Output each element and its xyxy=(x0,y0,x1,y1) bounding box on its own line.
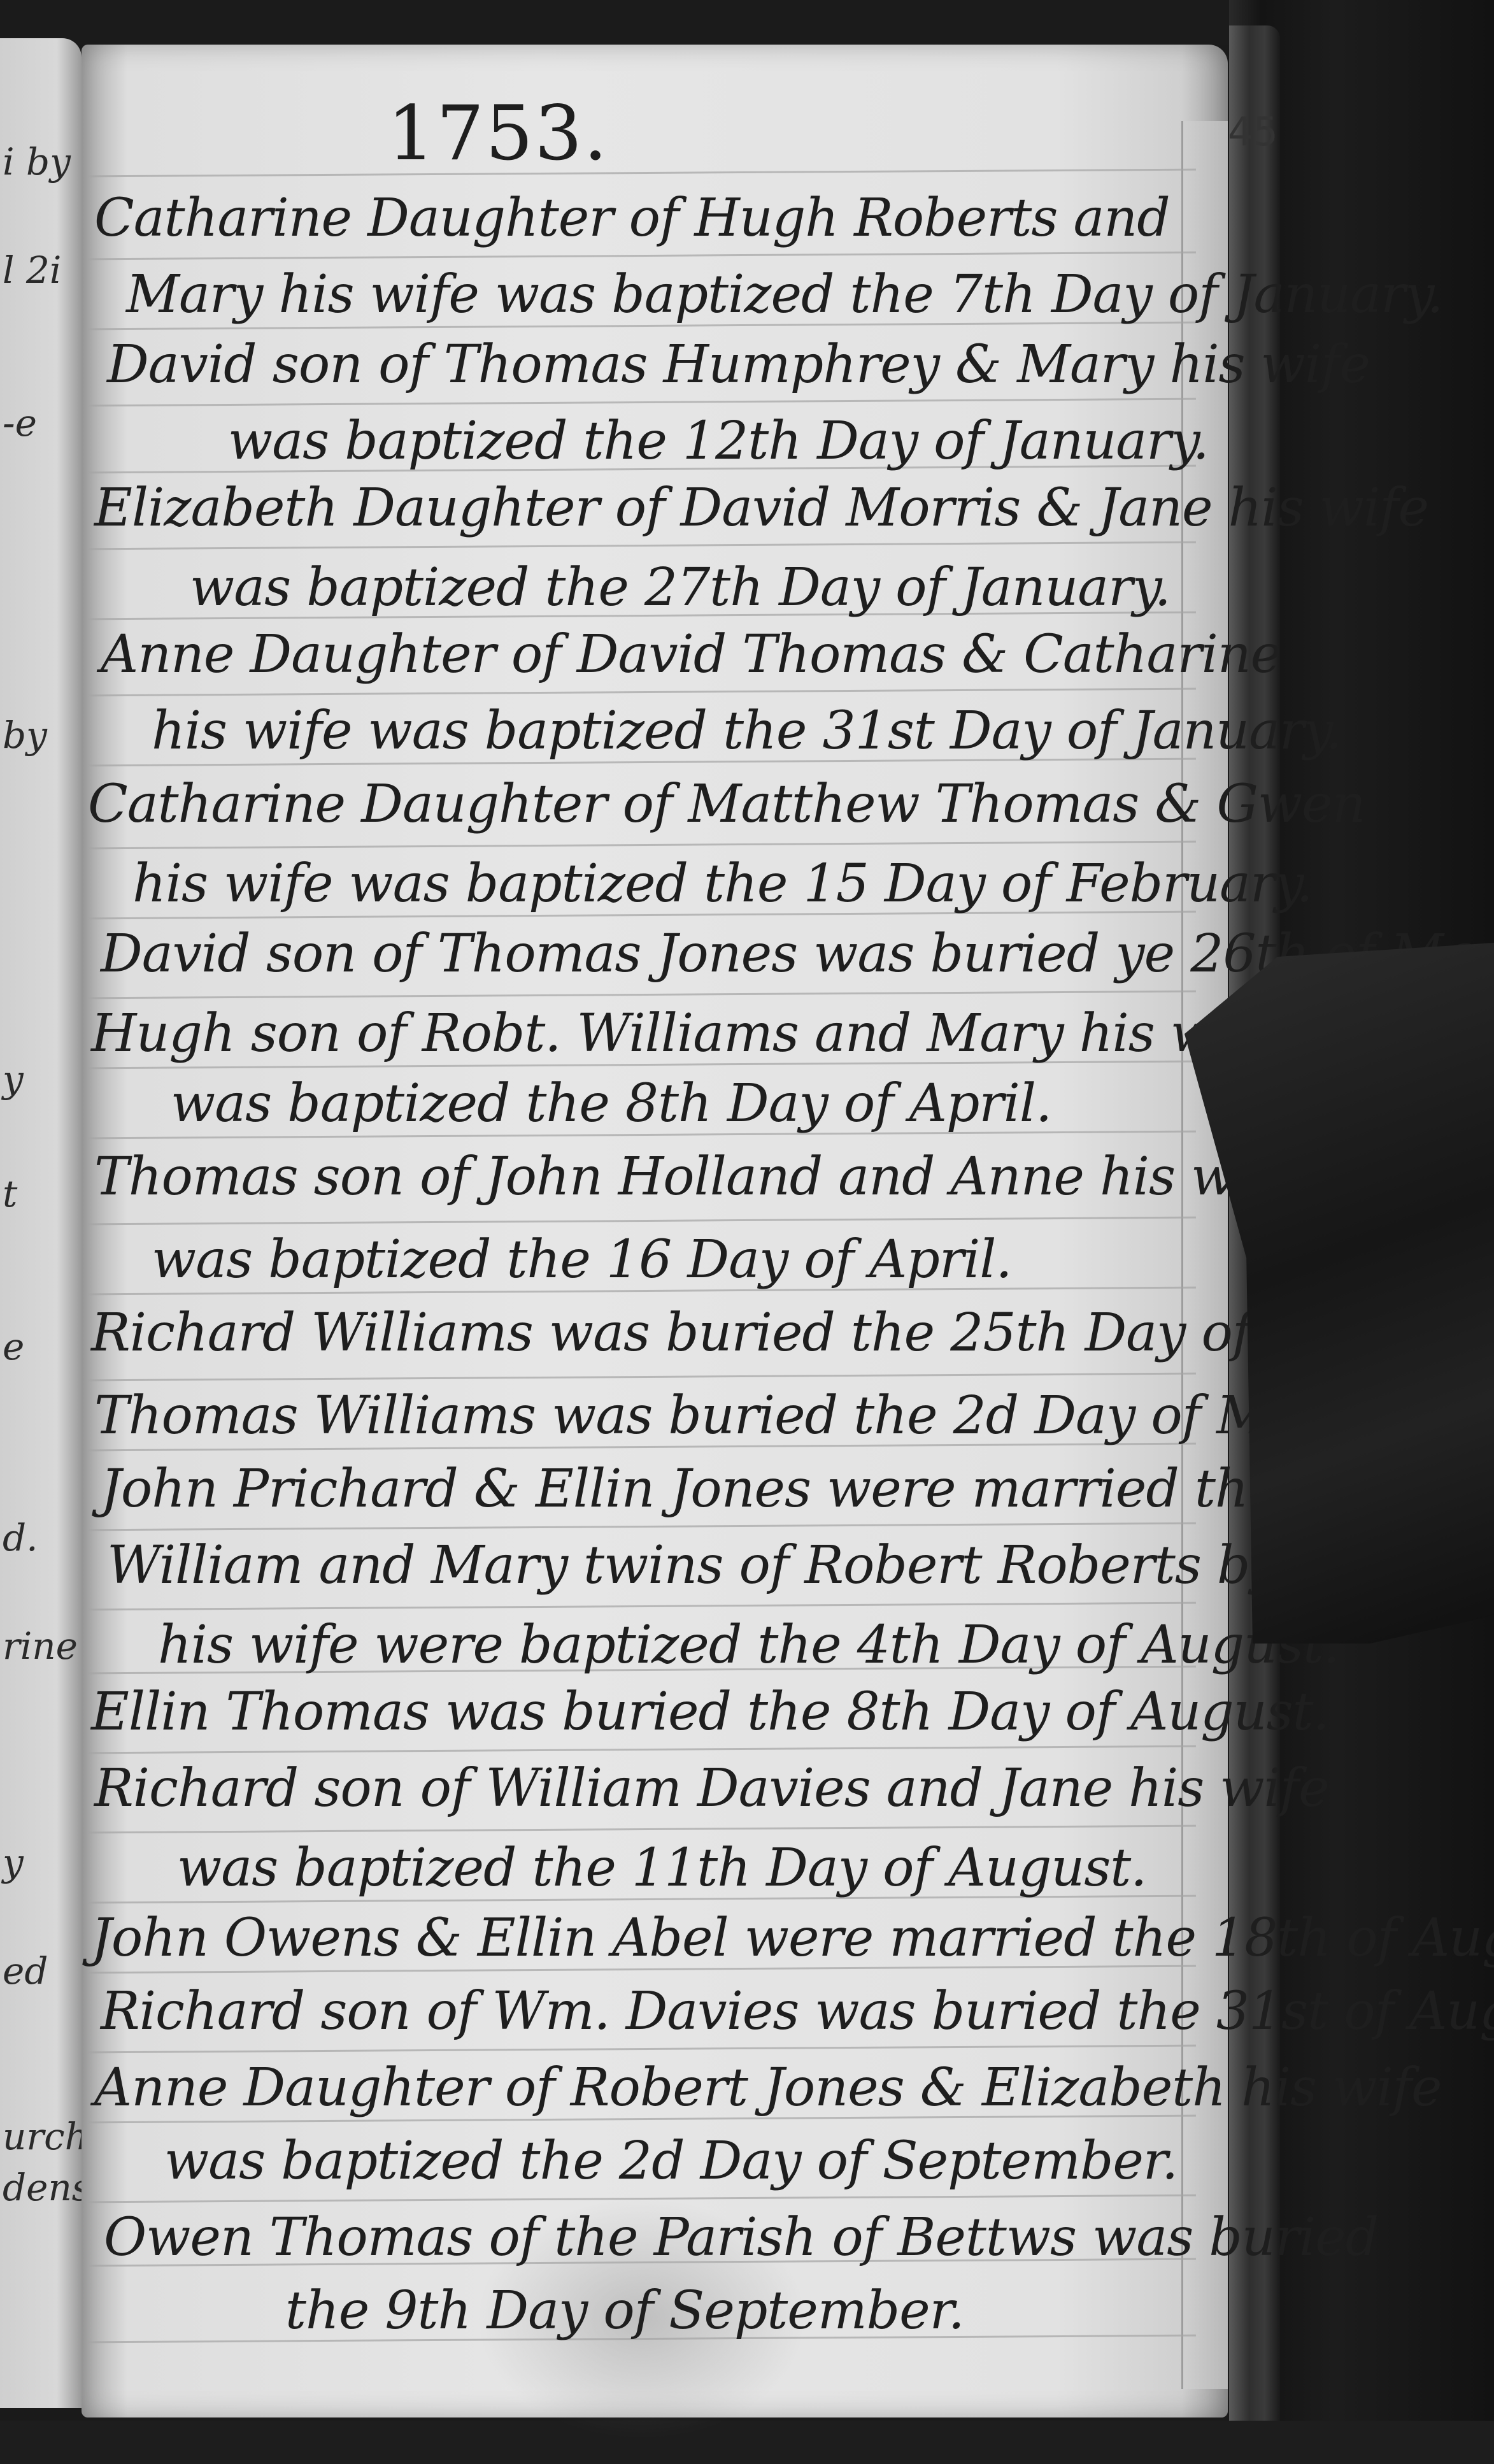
register-line: his wife was baptized the 31st Day of Ja… xyxy=(152,701,1342,761)
register-line: the 9th Day of September. xyxy=(285,2281,964,2341)
left-page-fragment: l 2i xyxy=(3,248,61,292)
register-line: Elizabeth Daughter of David Morris & Jan… xyxy=(94,478,1428,538)
left-page-fragment: e xyxy=(3,1325,24,1368)
ruled-line xyxy=(88,1522,1196,1531)
register-line: was baptized the 11th Day of August. xyxy=(177,1838,1146,1898)
left-page-fragment: rine xyxy=(3,1624,78,1668)
register-line: Anne Daughter of David Thomas & Catharin… xyxy=(101,624,1281,685)
ruled-line xyxy=(88,1745,1196,1754)
ruled-line xyxy=(88,1373,1196,1382)
ruled-line xyxy=(88,252,1196,261)
previous-page-sliver: i by l 2i -e by y t e d. rine y ed urch … xyxy=(0,38,82,2408)
register-line: was baptized the 27th Day of January. xyxy=(190,557,1170,618)
register-line: Anne Daughter of Robert Jones & Elizabet… xyxy=(94,2058,1442,2118)
left-page-fragment: urch xyxy=(3,2115,89,2158)
register-line: John Owens & Ellin Abel were married the… xyxy=(91,1908,1494,1968)
ruled-line xyxy=(88,398,1196,407)
register-line: Thomas Williams was buried the 2d Day of… xyxy=(94,1386,1337,1446)
register-page: 45 1753. Catharine Daughter of Hugh Robe… xyxy=(82,45,1228,2417)
register-line: Richard Williams was buried the 25th Day… xyxy=(91,1303,1409,1363)
left-page-fragment: ed xyxy=(3,1949,48,1993)
register-line: was baptized the 16 Day of April. xyxy=(152,1229,1012,1290)
year-heading: 1753. xyxy=(387,89,609,177)
page-number: 45 xyxy=(1228,108,1278,155)
ruled-line xyxy=(88,991,1196,999)
left-page-fragment: y xyxy=(3,1057,24,1101)
ruled-line xyxy=(88,841,1196,850)
register-line: was baptized the 8th Day of April. xyxy=(171,1073,1051,1134)
left-page-fragment: dens xyxy=(3,2166,91,2209)
left-page-fragment: by xyxy=(3,713,47,757)
register-line: Ellin Thomas was buried the 8th Day of A… xyxy=(91,1682,1329,1742)
left-page-fragment: i by xyxy=(3,140,71,183)
ruled-line xyxy=(88,169,1196,178)
ruled-line xyxy=(88,541,1196,550)
register-line: Richard son of Wm. Davies was buried the… xyxy=(101,1981,1494,2042)
register-line: Owen Thomas of the Parish of Bettws was … xyxy=(104,2207,1378,2268)
register-line: Thomas son of John Holland and Anne his … xyxy=(94,1147,1300,1207)
register-line: Catharine Daughter of Matthew Thomas & G… xyxy=(88,774,1365,834)
left-page-fragment: -e xyxy=(3,401,37,445)
ruled-line xyxy=(88,1217,1196,1226)
left-page-fragment: y xyxy=(3,1841,24,1884)
register-line: was baptized the 2d Day of September. xyxy=(164,2131,1177,2191)
register-line: Hugh son of Robt. Williams and Mary his … xyxy=(91,1003,1279,1064)
register-line: Mary his wife was baptized the 7th Day o… xyxy=(126,264,1443,325)
register-line: his wife were baptized the 4th Day of Au… xyxy=(158,1615,1339,1675)
left-page-fragment: t xyxy=(3,1172,17,1215)
ruled-line xyxy=(88,1825,1196,1834)
ruled-line xyxy=(88,2045,1196,2054)
register-line: Catharine Daughter of Hugh Roberts and xyxy=(94,188,1170,248)
register-line: David son of Thomas Humphrey & Mary his … xyxy=(107,334,1370,395)
ruled-line xyxy=(88,688,1196,697)
left-page-fragment: d. xyxy=(3,1516,38,1559)
register-line: was baptized the 12th Day of January. xyxy=(228,411,1209,471)
ruled-line xyxy=(88,1602,1196,1611)
register-line: Richard son of William Davies and Jane h… xyxy=(94,1758,1329,1819)
register-line: his wife was baptized the 15 Day of Febr… xyxy=(132,854,1313,914)
